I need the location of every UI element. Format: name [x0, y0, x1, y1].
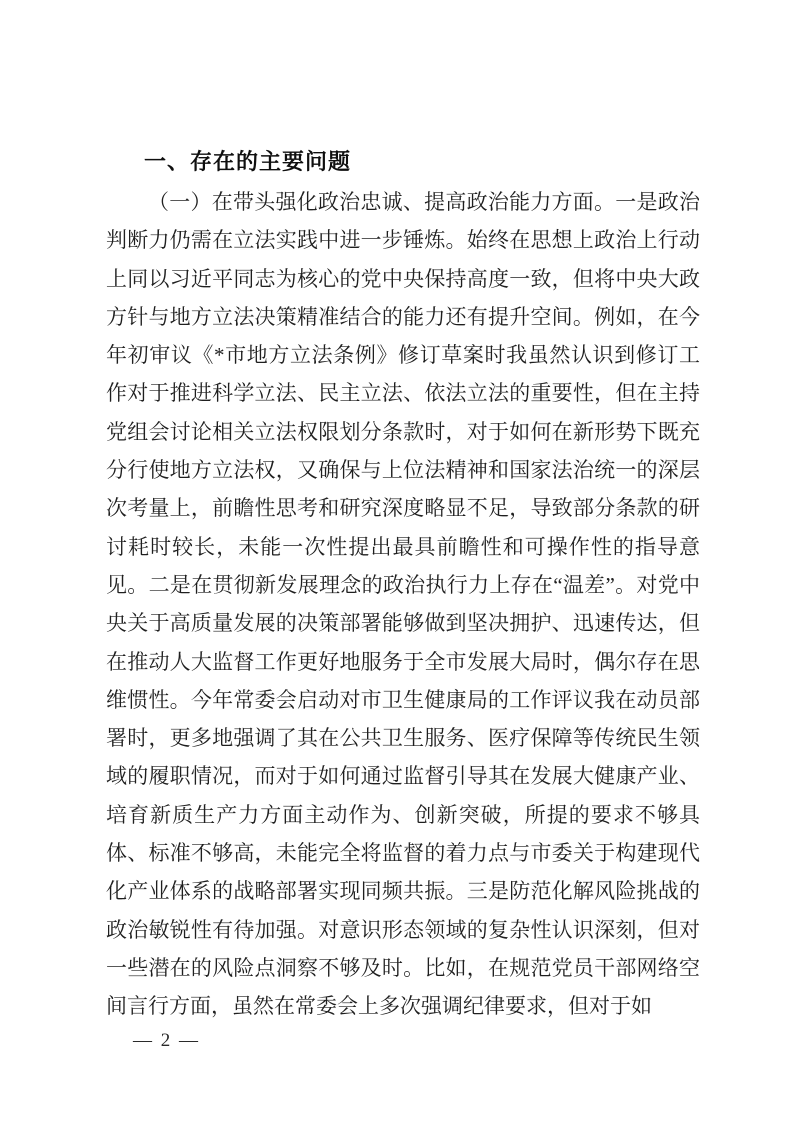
page-number: — 2 — [133, 1030, 200, 1052]
body-paragraph: （一）在带头强化政治忠诚、提高政治能力方面。一是政治判断力仍需在立法实践中进一步… [106, 183, 700, 1026]
document-page: 一、存在的主要问题 （一）在带头强化政治忠诚、提高政治能力方面。一是政治判断力仍… [0, 0, 793, 1122]
section-heading: 一、存在的主要问题 [106, 147, 700, 177]
